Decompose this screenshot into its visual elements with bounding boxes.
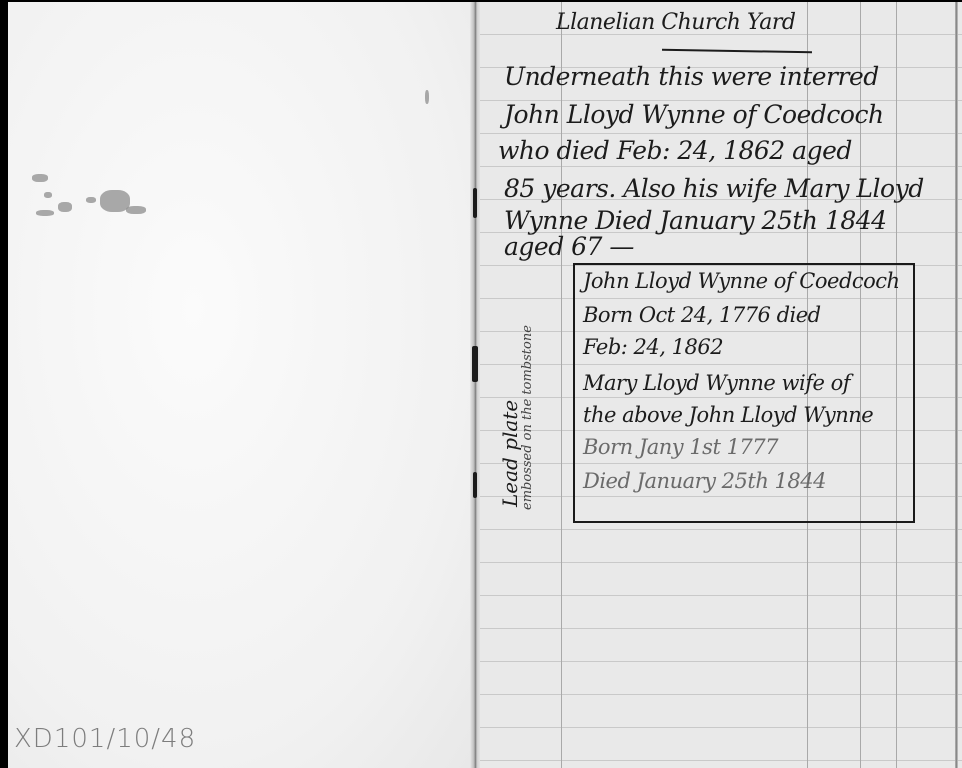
inscription-line: aged 67 — (504, 232, 634, 261)
right-page: Llanelian Church Yard Underneath this we… (480, 2, 962, 768)
plate-line: Died January 25th 1844 (583, 469, 826, 493)
inscription-line: John Lloyd Wynne of Coedcoch (504, 100, 884, 129)
plate-line: Mary Lloyd Wynne wife of (583, 371, 850, 395)
ink-stain (126, 206, 146, 214)
binding-stitch (472, 346, 478, 382)
archive-reference-number: XD101/10/48 (14, 724, 196, 754)
inscription-line: 85 years. Also his wife Mary Lloyd (504, 174, 924, 203)
plate-line: John Lloyd Wynne of Coedcoch (583, 269, 900, 293)
heading-underline (662, 49, 812, 54)
page-heading: Llanelian Church Yard (556, 10, 796, 35)
ink-stain (86, 197, 96, 203)
inscription-line: Wynne Died January 25th 1844 (504, 206, 887, 235)
plate-line: the above John Lloyd Wynne (583, 403, 873, 427)
page-edge (955, 2, 958, 768)
ink-stain (425, 90, 429, 104)
ink-stain (58, 202, 72, 212)
binding-stitch (473, 472, 477, 498)
ink-stain (44, 192, 52, 198)
scanned-notebook-spread: XD101/10/48 Llanelian Church Yard Undern… (8, 2, 962, 768)
ink-stain (36, 210, 54, 216)
lead-plate-transcription-box: John Lloyd Wynne of Coedcoch Born Oct 24… (573, 263, 915, 523)
plate-line: Feb: 24, 1862 (583, 335, 723, 359)
plate-line: Born Jany 1st 1777 (583, 435, 778, 459)
binding-stitch (473, 188, 477, 218)
ink-stain (32, 174, 48, 182)
inscription-line: who died Feb: 24, 1862 aged (498, 136, 852, 165)
plate-line: Born Oct 24, 1776 died (583, 303, 821, 327)
inscription-line: Underneath this were interred (504, 62, 879, 91)
notebook-spine (470, 2, 480, 768)
margin-note-lead-plate: Lead plate (498, 400, 522, 507)
left-page: XD101/10/48 (8, 2, 472, 768)
margin-note-embossed: embossed on the tombstone (520, 325, 535, 510)
